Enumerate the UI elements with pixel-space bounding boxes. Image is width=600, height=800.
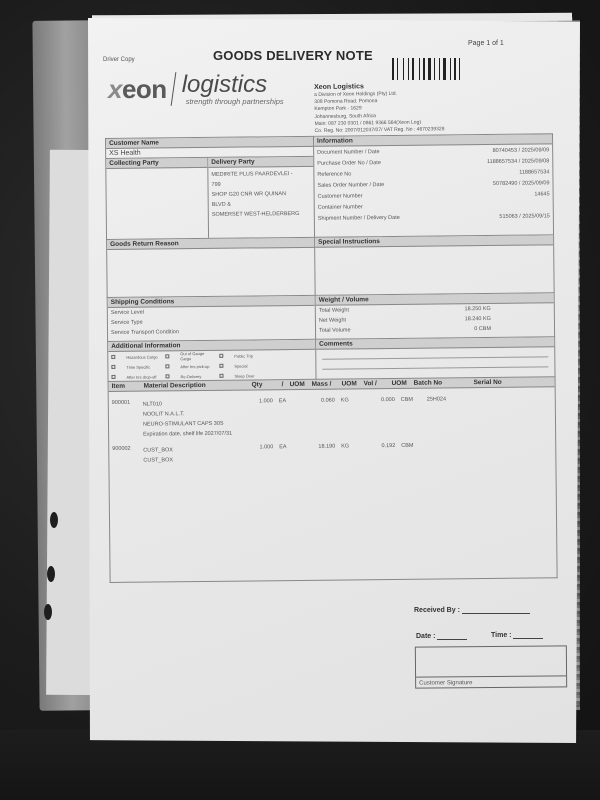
comments-header: Comments <box>316 337 554 349</box>
batch-number: 25H024 <box>427 396 446 402</box>
column-header: UOM <box>342 380 364 387</box>
checkbox[interactable] <box>111 355 115 359</box>
time-field[interactable]: Time : <box>491 632 543 639</box>
received-by-label: Received By : <box>414 607 460 614</box>
checkbox-label: Re-Delivery <box>172 373 216 378</box>
shipping-label: Service Level <box>111 310 144 316</box>
received-by-field[interactable]: Received By : <box>414 607 530 614</box>
column-header: UOM <box>290 381 312 388</box>
delivery-party-line: SOMERSET WEST-HELDERBERG <box>212 209 311 220</box>
shipping-label: Service Type <box>111 320 143 326</box>
comment-line <box>322 366 548 369</box>
info-value: 50782490 / 2025/09/09 <box>493 180 550 187</box>
weight-value: 18.250 KG <box>464 306 490 312</box>
info-label: Shipment Number / Delivery Date <box>318 214 400 221</box>
checkbox-label: Special <box>226 363 270 368</box>
column-header: Item <box>112 383 144 390</box>
quantity-uom: EA <box>279 398 286 404</box>
logo-brand-right: logistics <box>182 73 284 97</box>
weight-label: Total Weight <box>319 307 349 313</box>
info-label: Purchase Order No / Date <box>317 160 381 167</box>
material-description: CUST_BOXCUST_BOX <box>143 445 173 465</box>
received-by-value[interactable] <box>462 613 530 614</box>
barcode-icon <box>392 58 468 80</box>
checkbox[interactable] <box>219 364 223 368</box>
delivery-form: Customer Name XS Health Collecting Party… <box>105 133 558 583</box>
weight-label: Total Volume <box>319 327 351 333</box>
document-title: GOODS DELIVERY NOTE <box>213 48 373 63</box>
column-header: / <box>282 381 290 388</box>
info-label: Container Number <box>318 204 363 210</box>
description-line: CUST_BOX <box>143 455 173 465</box>
checkbox-label: Time Specific <box>118 364 162 369</box>
checkbox-label: After hrs drop-off <box>118 374 162 379</box>
punch-hole <box>50 512 58 528</box>
customer-signature-box[interactable]: Customer Signature <box>415 645 567 688</box>
punch-hole <box>47 566 55 582</box>
checkbox[interactable] <box>165 354 169 358</box>
quantity-uom: EA <box>279 444 286 450</box>
quantity: 1.000 <box>243 444 273 450</box>
column-header: Material Description <box>144 381 252 389</box>
column-header: Mass / <box>312 381 342 388</box>
column-header: Qty <box>252 381 282 388</box>
column-header: Serial No <box>474 379 534 387</box>
volume-uom: CBM <box>401 397 413 403</box>
checkbox-label: Hazardous Cargo <box>118 354 162 359</box>
company-logo: xeon logistics strength through partners… <box>108 72 284 106</box>
item-number: 900001 <box>112 400 130 406</box>
special-instructions-header: Special Instructions <box>315 235 553 247</box>
mass: 18.190 <box>305 444 335 450</box>
checkbox-label: Out of Gauge Cargo <box>172 351 216 361</box>
info-label: Sales Order Number / Date <box>317 182 384 189</box>
info-label: Document Number / Date <box>317 149 379 156</box>
checkbox[interactable] <box>219 374 223 378</box>
checkbox[interactable] <box>219 354 223 358</box>
date-field[interactable]: Date : <box>416 633 467 640</box>
checkbox[interactable] <box>111 365 115 369</box>
weight-value: 18.240 KG <box>465 316 491 322</box>
description-line: Expiration date, shelf life 2027/07/31 <box>143 429 232 440</box>
info-label: Customer Number <box>318 193 363 199</box>
customer-signature-label: Customer Signature <box>419 680 472 686</box>
info-row: Shipment Number / Delivery Date515063 / … <box>315 210 553 223</box>
checkbox[interactable] <box>111 375 115 379</box>
punch-hole <box>44 604 52 620</box>
information-panel: Information Document Number / Date807404… <box>313 133 554 238</box>
logo-tagline: strength through partnerships <box>186 97 284 106</box>
column-header: Batch No <box>414 379 474 387</box>
date-label: Date : <box>416 633 435 640</box>
delivery-party-value: MEDIRITE PLUS PAARDEVLEI - 799 SHOP G20 … <box>208 167 314 222</box>
page-indicator: Page 1 of 1 <box>468 40 504 47</box>
info-value: 80740453 / 2025/09/09 <box>493 147 550 154</box>
checkbox[interactable] <box>165 374 169 378</box>
mass-uom: KG <box>341 443 349 449</box>
mass-uom: KG <box>341 397 349 403</box>
comment-line <box>322 356 548 359</box>
copy-label: Driver Copy <box>103 57 135 63</box>
date-value[interactable] <box>437 639 467 640</box>
weight-row: Total Volume0 CBM <box>316 323 554 335</box>
volume-uom: CBM <box>401 443 413 449</box>
time-value[interactable] <box>513 638 543 639</box>
column-header: Vol / <box>364 380 392 387</box>
info-value: 1188657534 <box>519 169 549 175</box>
item-number: 900002 <box>112 446 130 452</box>
volume: 0.000 <box>365 397 395 403</box>
weight-value: 0 CBM <box>474 326 491 332</box>
info-value: 14645 <box>534 191 549 197</box>
checkbox-label: Public Trip <box>226 353 270 358</box>
checkbox-label: After hrs pick-up <box>172 363 216 368</box>
shipping-label: Service Transport Condition <box>111 329 179 336</box>
checkbox-label: Sleep Over <box>226 373 270 378</box>
checkbox[interactable] <box>165 364 169 368</box>
company-address: Xeon Logistics a Division of Xeon Holdin… <box>314 82 445 135</box>
shipping-row: Service Transport Condition <box>108 326 315 338</box>
logo-brand-left: xeon <box>108 74 167 105</box>
weight-label: Net Weight <box>319 317 346 323</box>
material-description: NLT010NOOLIT N.A.L.T.NEURO-STIMULANT CAP… <box>143 399 232 440</box>
signature-divider <box>416 675 566 677</box>
quantity: 1.000 <box>243 398 273 404</box>
mass: 0.060 <box>305 398 335 404</box>
info-value: 515063 / 2025/09/15 <box>499 213 550 220</box>
items-table: ItemMaterial DescriptionQty/UOMMass /UOM… <box>108 377 558 583</box>
time-label: Time : <box>491 632 512 639</box>
info-value: 1188657534 / 2025/09/08 <box>487 158 549 165</box>
column-header: UOM <box>392 380 414 387</box>
info-label: Reference No <box>317 171 351 177</box>
logo-divider <box>170 72 176 106</box>
collecting-party-value <box>106 168 207 173</box>
goods-return-header: Goods Return Reason <box>107 238 314 250</box>
volume: 0.192 <box>365 443 395 449</box>
description-line: CUST_BOX <box>143 445 173 455</box>
